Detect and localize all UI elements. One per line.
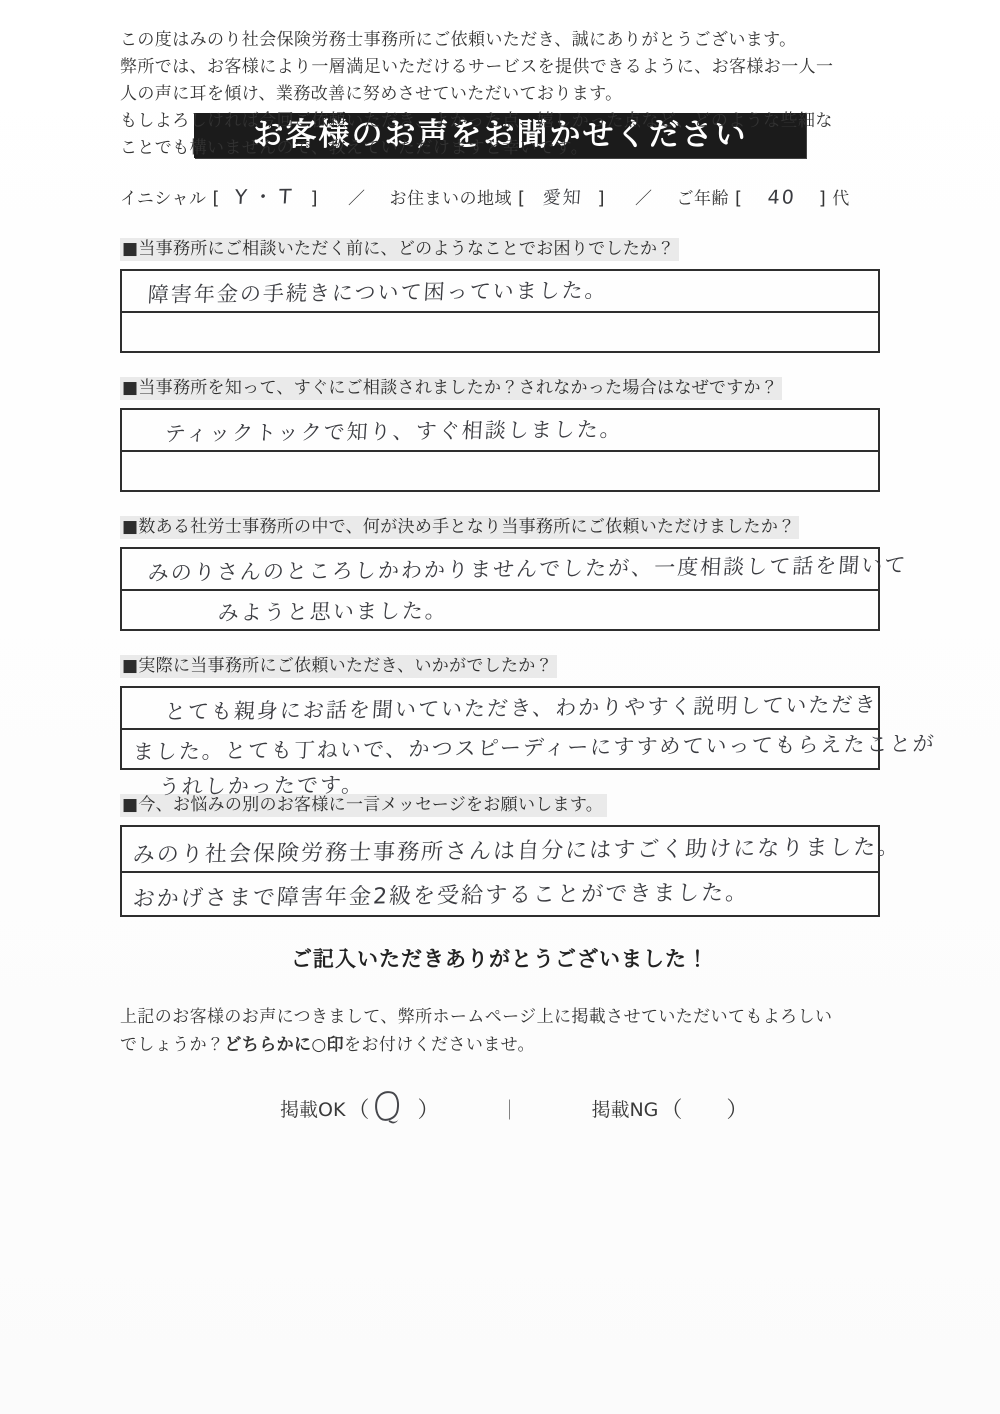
question-4-answer-overflow-line: うれしかったです。: [158, 769, 365, 801]
answer-row: とても親身にお話を聞いていただき、わかりやすく説明していただき: [122, 688, 878, 728]
answer-row: ました。とても丁ねいで、かつスピーディーにすすめていってもらえたことが: [122, 728, 878, 768]
question-4-label-row: ■実際に当事務所にご依頼いただき、いかがでしたか？: [120, 653, 880, 679]
separator-slash: ／: [348, 184, 366, 209]
bracket-open: [: [512, 188, 532, 209]
question-block-4: ■実際に当事務所にご依頼いただき、いかがでしたか？ とても親身にお話を聞いていた…: [120, 653, 880, 770]
publish-permission-paragraph: 上記のお客様のお声につきまして、弊所ホームページ上に掲載させていただいてもよろし…: [120, 1003, 880, 1059]
permission-text-2: をお付けくださいませ。: [344, 1035, 535, 1055]
answer-row: みのりさんのところしかわかりませんでしたが、一度相談して話を聞いて: [122, 549, 878, 589]
bracket-close: ]: [592, 188, 612, 209]
question-block-1: ■当事務所にご相談いただく前に、どのようなことでお困りでしたか？ 障害年金の手続…: [120, 236, 880, 353]
publish-choice-line: 掲載OK （ ） ｜ 掲載NG （ ）: [120, 1091, 880, 1125]
question-block-3: ■数ある社労士事務所の中で、何が決め手となり当事務所にご依頼いただけましたか？ …: [120, 514, 880, 631]
paren-close: ）: [724, 1093, 750, 1124]
question-4-answer-line-1: とても親身にお話を聞いていただき、わかりやすく説明していただき: [164, 689, 878, 726]
initial-label: イニシャル: [120, 184, 206, 209]
question-3-answer-line-2: みようと思いました。: [217, 595, 449, 627]
thanks-heading: ご記入いただきありがとうございました！: [120, 943, 880, 973]
bracket-close: ]: [304, 188, 324, 209]
question-5-answer-line-2: おかげさまで障害年金2級を受給することができました。: [132, 876, 750, 913]
answer-row: [122, 311, 878, 351]
question-4-answer-line-2: ました。とても丁ねいで、かつスピーディーにすすめていってもらえたことが: [132, 728, 937, 766]
page-content: この度はみのり社会保険労務士事務所にご依頼いただき、誠にありがとうございます。 …: [120, 0, 880, 1125]
publish-ng-label: 掲載NG: [591, 1095, 658, 1122]
publish-ok-mark-slot: [371, 1091, 415, 1125]
question-3-label: ■数ある社労士事務所の中で、何が決め手となり当事務所にご依頼いただけましたか？: [120, 516, 799, 539]
publish-ok-option: 掲載OK （ ）: [280, 1091, 441, 1125]
publish-ok-label: 掲載OK: [280, 1095, 345, 1122]
question-2-answer-line-1: ティックトックで知り、すぐ相談しました。: [164, 413, 624, 448]
paren-open: （: [658, 1093, 684, 1124]
question-1-answer-line-1: 障害年金の手続きについて困っていました。: [147, 274, 609, 309]
question-block-5: ■今、お悩みの別のお客様に一言メッセージをお願いします。 みのり社会保険労務士事…: [120, 792, 880, 917]
question-3-answer-box: みのりさんのところしかわかりませんでしたが、一度相談して話を聞いて みようと思い…: [120, 547, 880, 631]
publish-ng-mark-slot: [684, 1091, 724, 1125]
question-2-answer-box: ティックトックで知り、すぐ相談しました。: [120, 408, 880, 492]
profile-line: イニシャル[Y・T] ／ お住まいの地域[愛知] ／ ご年齢[40]代: [120, 181, 880, 210]
bracket-open: [: [206, 188, 226, 209]
paren-open: （: [345, 1093, 371, 1124]
answer-row: 障害年金の手続きについて困っていました。: [122, 271, 878, 311]
answer-row: みのり社会保険労務士事務所さんは自分にはすごく助けになりました。: [122, 827, 878, 871]
question-5-answer-line-1: みのり社会保険労務士事務所さんは自分にはすごく助けになりました。: [132, 830, 902, 869]
region-label: お住まいの地域: [389, 184, 512, 209]
bracket-open: [: [729, 188, 749, 209]
question-4-label: ■実際に当事務所にご依頼いただき、いかがでしたか？: [120, 655, 557, 678]
question-1-label: ■当事務所にご相談いただく前に、どのようなことでお困りでしたか？: [120, 238, 679, 261]
question-2-label: ■当事務所を知って、すぐにご相談されましたか？されなかった場合はなぜですか？: [120, 377, 782, 400]
answer-row: [122, 450, 878, 490]
question-1-answer-box: 障害年金の手続きについて困っていました。: [120, 269, 880, 353]
question-3-answer-line-1: みのりさんのところしかわかりませんでしたが、一度相談して話を聞いて: [147, 549, 908, 587]
age-label: ご年齢: [677, 184, 730, 209]
separator-slash: ／: [635, 184, 653, 209]
answer-row: ティックトックで知り、すぐ相談しました。: [122, 410, 878, 450]
question-3-label-row: ■数ある社労士事務所の中で、何が決め手となり当事務所にご依頼いただけましたか？: [120, 514, 880, 540]
question-1-label-row: ■当事務所にご相談いただく前に、どのようなことでお困りでしたか？: [120, 236, 880, 262]
question-block-2: ■当事務所を知って、すぐにご相談されましたか？されなかった場合はなぜですか？ テ…: [120, 375, 880, 492]
publish-ng-option: 掲載NG （ ）: [591, 1091, 750, 1125]
answer-row: おかげさまで障害年金2級を受給することができました。: [122, 871, 878, 915]
region-handwritten-value: 愛知: [532, 183, 594, 210]
bracket-close: ]: [813, 188, 833, 209]
question-4-answer-box: とても親身にお話を聞いていただき、わかりやすく説明していただき ました。とても丁…: [120, 686, 880, 770]
permission-bold-text: どちらかに○印: [224, 1035, 344, 1055]
handwritten-circle-mark: [373, 1089, 401, 1122]
age-handwritten-value: 40: [749, 186, 815, 209]
answer-row: みようと思いました。: [122, 589, 878, 629]
initial-handwritten-value: Y・T: [226, 180, 306, 210]
question-2-label-row: ■当事務所を知って、すぐにご相談されましたか？されなかった場合はなぜですか？: [120, 375, 880, 401]
scanned-survey-page: お客様のお声をお聞かせください この度はみのり社会保険労務士事務所にご依頼いただ…: [0, 0, 1000, 1414]
question-5-answer-box: みのり社会保険労務士事務所さんは自分にはすごく助けになりました。 おかげさまで障…: [120, 825, 880, 917]
options-divider: ｜: [499, 1094, 519, 1123]
paren-close: ）: [415, 1093, 441, 1124]
age-suffix: 代: [832, 184, 850, 209]
intro-paragraph: この度はみのり社会保険労務士事務所にご依頼いただき、誠にありがとうございます。 …: [120, 27, 880, 162]
